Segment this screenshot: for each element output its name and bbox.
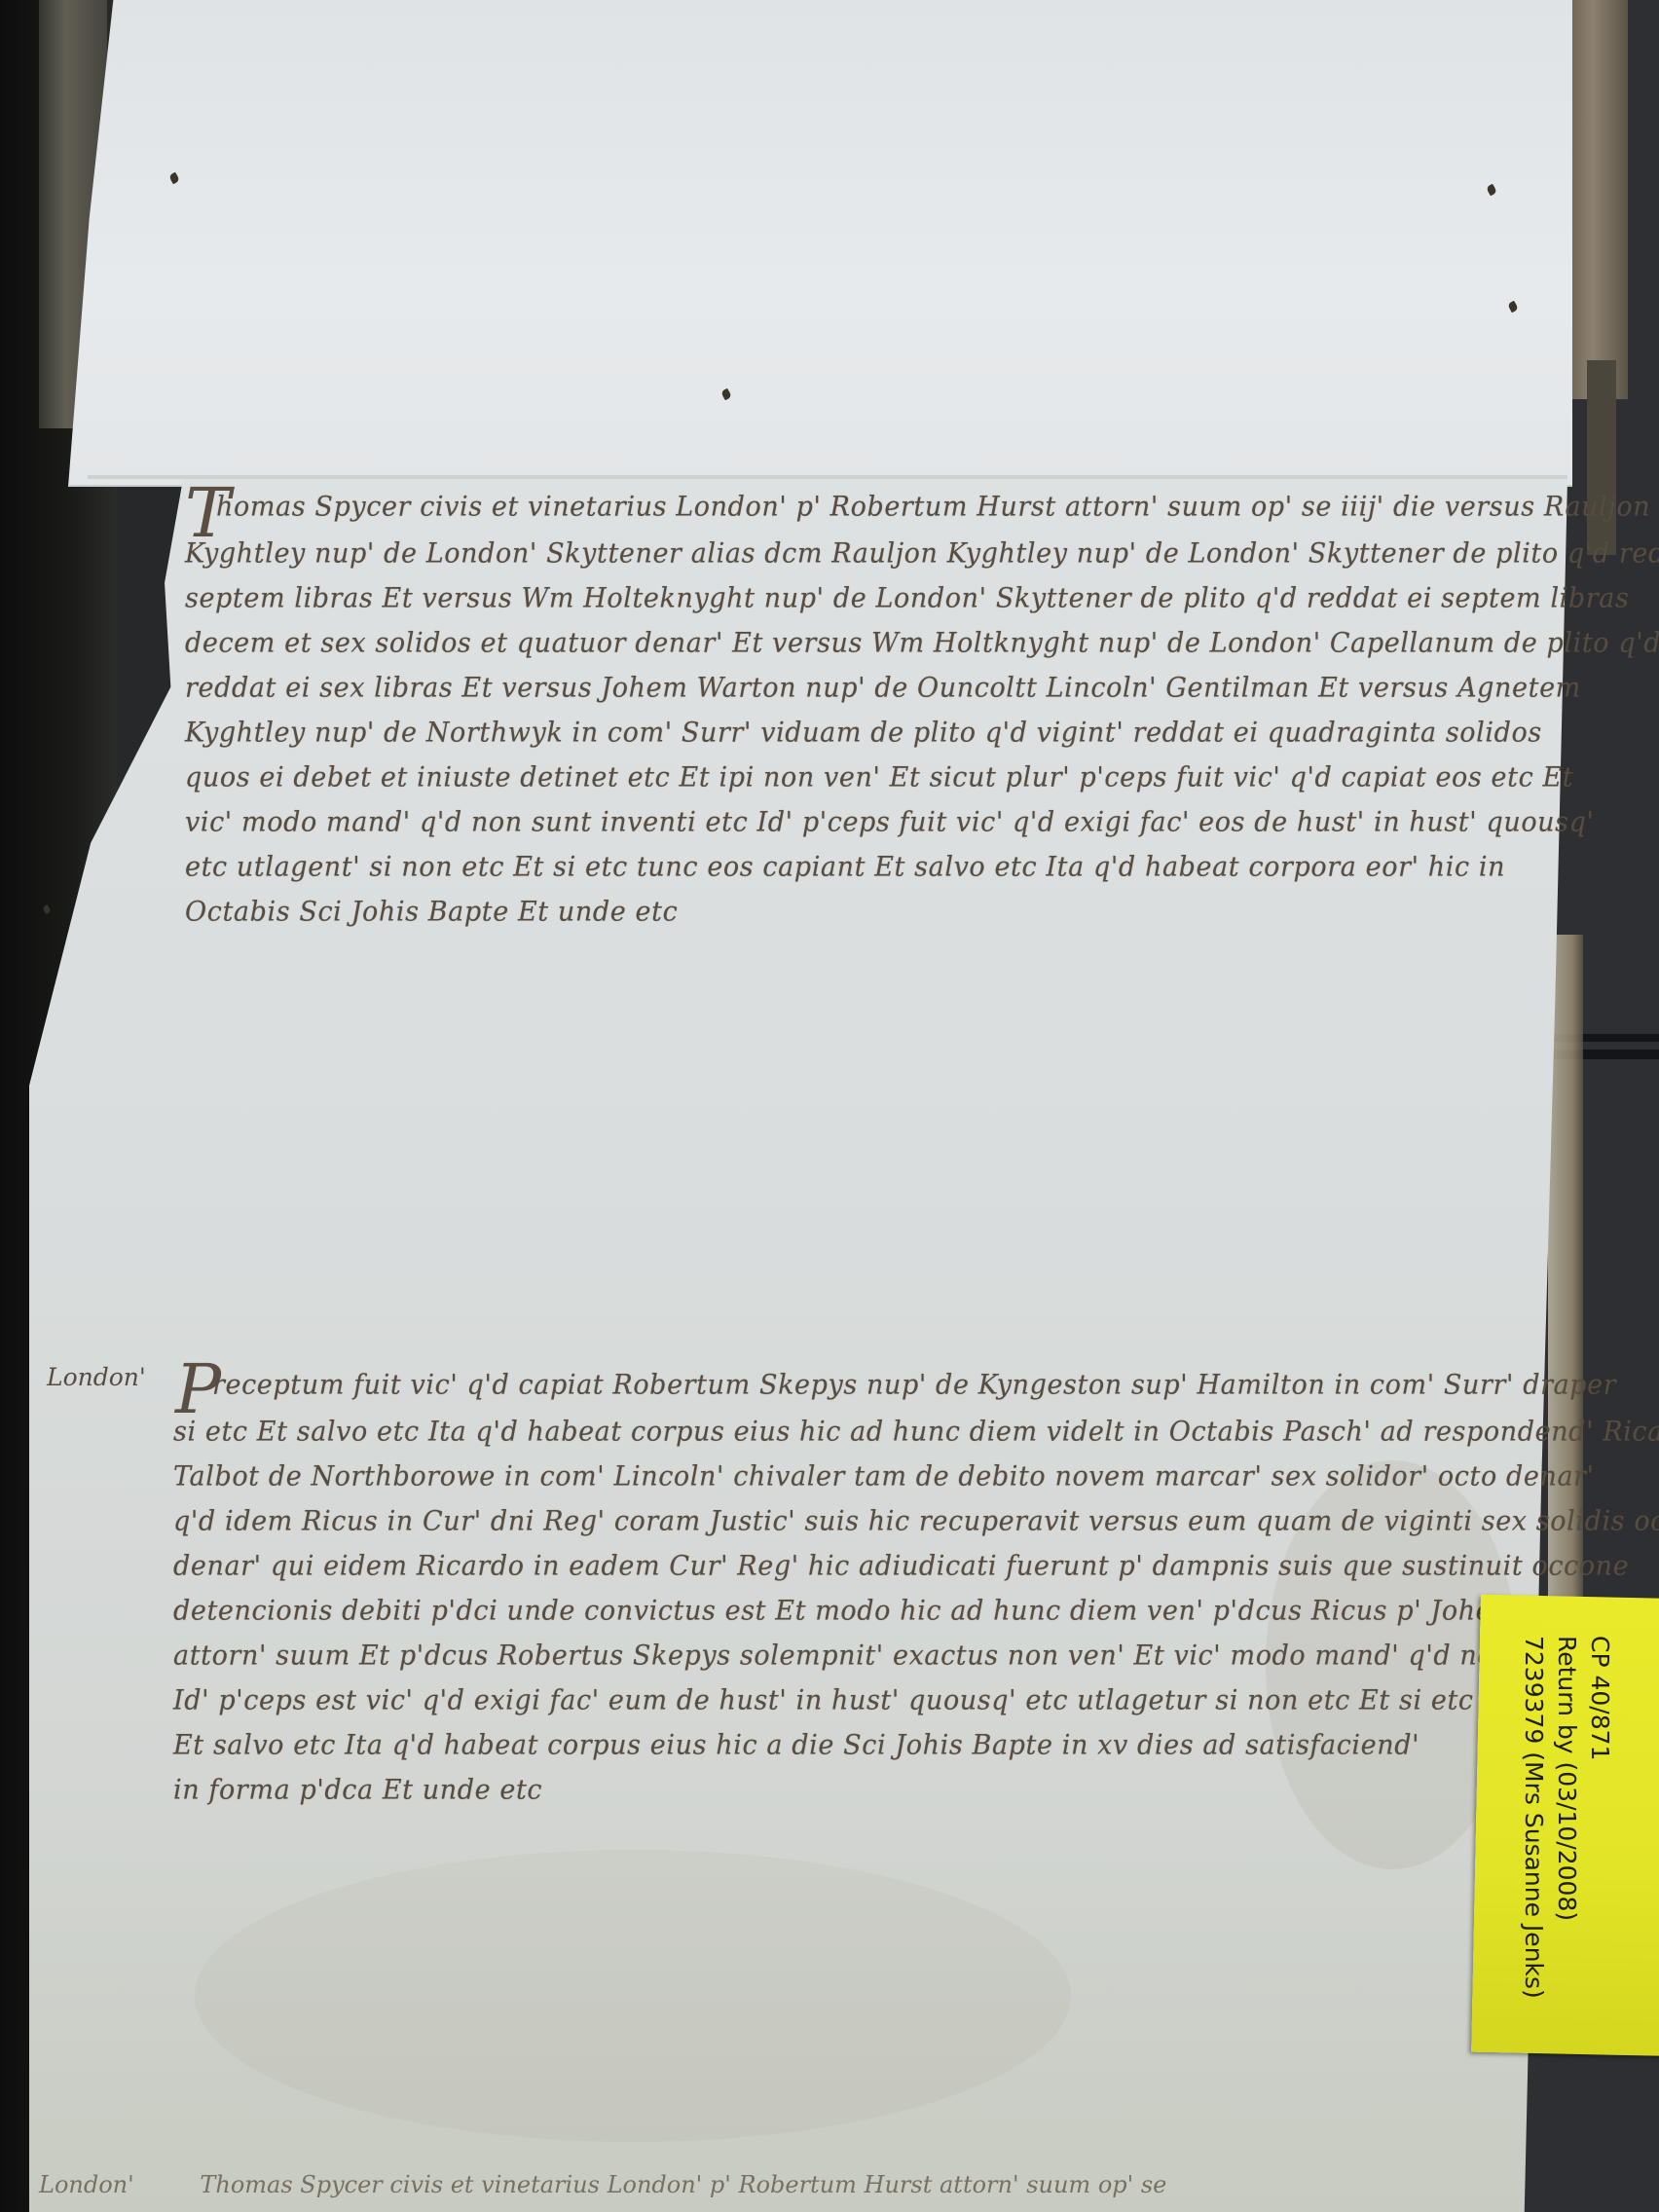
text-line: detencionis debiti p'dci unde convictus … — [173, 1588, 1507, 1635]
plea-entry-2: receptum fuit vic' q'd capiat Robertum S… — [212, 1363, 1507, 1408]
roll-binding-right — [1569, 0, 1628, 399]
text-line: etc utlagent' si non etc Et si etc tunc … — [185, 844, 1538, 891]
text-line: decem et sex solidos et quatuor denar' E… — [185, 620, 1538, 667]
plea-entry-1-body: Kyghtley nup' de London' Skyttener alias… — [185, 532, 1538, 935]
archive-slip-text: CP 40/871 Return by (03/10/2008) 7239379… — [1517, 1636, 1616, 1999]
margin-county-label: London' — [39, 2171, 134, 2198]
text-line: reddat ei sex libras Et versus Johem War… — [185, 665, 1538, 712]
text-line: in forma p'dca Et unde etc — [173, 1767, 1507, 1814]
text-line: denar' qui eidem Ricardo in eadem Cur' R… — [173, 1543, 1507, 1590]
margin-county-label: London' — [47, 1363, 146, 1391]
return-date: Return by (03/10/2008) — [1550, 1636, 1583, 1999]
text-line: Kyghtley nup' de Northwyk in com' Surr' … — [185, 710, 1538, 756]
text-line: si etc Et salvo etc Ita q'd habeat corpu… — [173, 1409, 1507, 1456]
reader-ticket: 7239379 (Mrs Susanne Jenks) — [1517, 1636, 1550, 1999]
text-line: receptum fuit vic' q'd capiat Robertum S… — [212, 1362, 1507, 1409]
text-line: Octabis Sci Johis Bapte Et unde etc — [185, 889, 1538, 936]
text-line: vic' modo mand' q'd non sunt inventi etc… — [185, 799, 1538, 846]
plea-entry-1: homas Spycer civis et vinetarius London'… — [216, 485, 1530, 530]
text-line: quos ei debet et iniuste detinet etc Et … — [185, 755, 1538, 801]
text-line: Talbot de Northborowe in com' Lincoln' c… — [173, 1454, 1507, 1500]
text-line: Et salvo etc Ita q'd habeat corpus eius … — [173, 1722, 1507, 1769]
text-line: Id' p'ceps est vic' q'd exigi fac' eum d… — [173, 1677, 1507, 1724]
stain — [195, 1850, 1071, 2142]
text-line: septem libras Et versus Wm Holteknyght n… — [185, 575, 1538, 622]
document-reference: CP 40/871 — [1583, 1636, 1616, 1999]
text-line: q'd idem Ricus in Cur' dni Reg' coram Ju… — [173, 1498, 1507, 1545]
roll-binding-right-tab — [1587, 360, 1616, 555]
text-line: Thomas Spycer civis et vinetarius London… — [200, 2171, 1166, 2198]
folded-flap — [68, 0, 1572, 487]
text-line: Kyghtley nup' de London' Skyttener alias… — [185, 531, 1538, 577]
plea-entry-2-body: si etc Et salvo etc Ita q'd habeat corpu… — [173, 1410, 1507, 1813]
text-line: homas Spycer civis et vinetarius London'… — [216, 484, 1530, 531]
text-line: attorn' suum Et p'dcus Robertus Skepys s… — [173, 1633, 1507, 1679]
plea-entry-3-partial: London' Thomas Spycer civis et vinetariu… — [39, 2171, 1499, 2212]
fold-line — [88, 475, 1567, 479]
